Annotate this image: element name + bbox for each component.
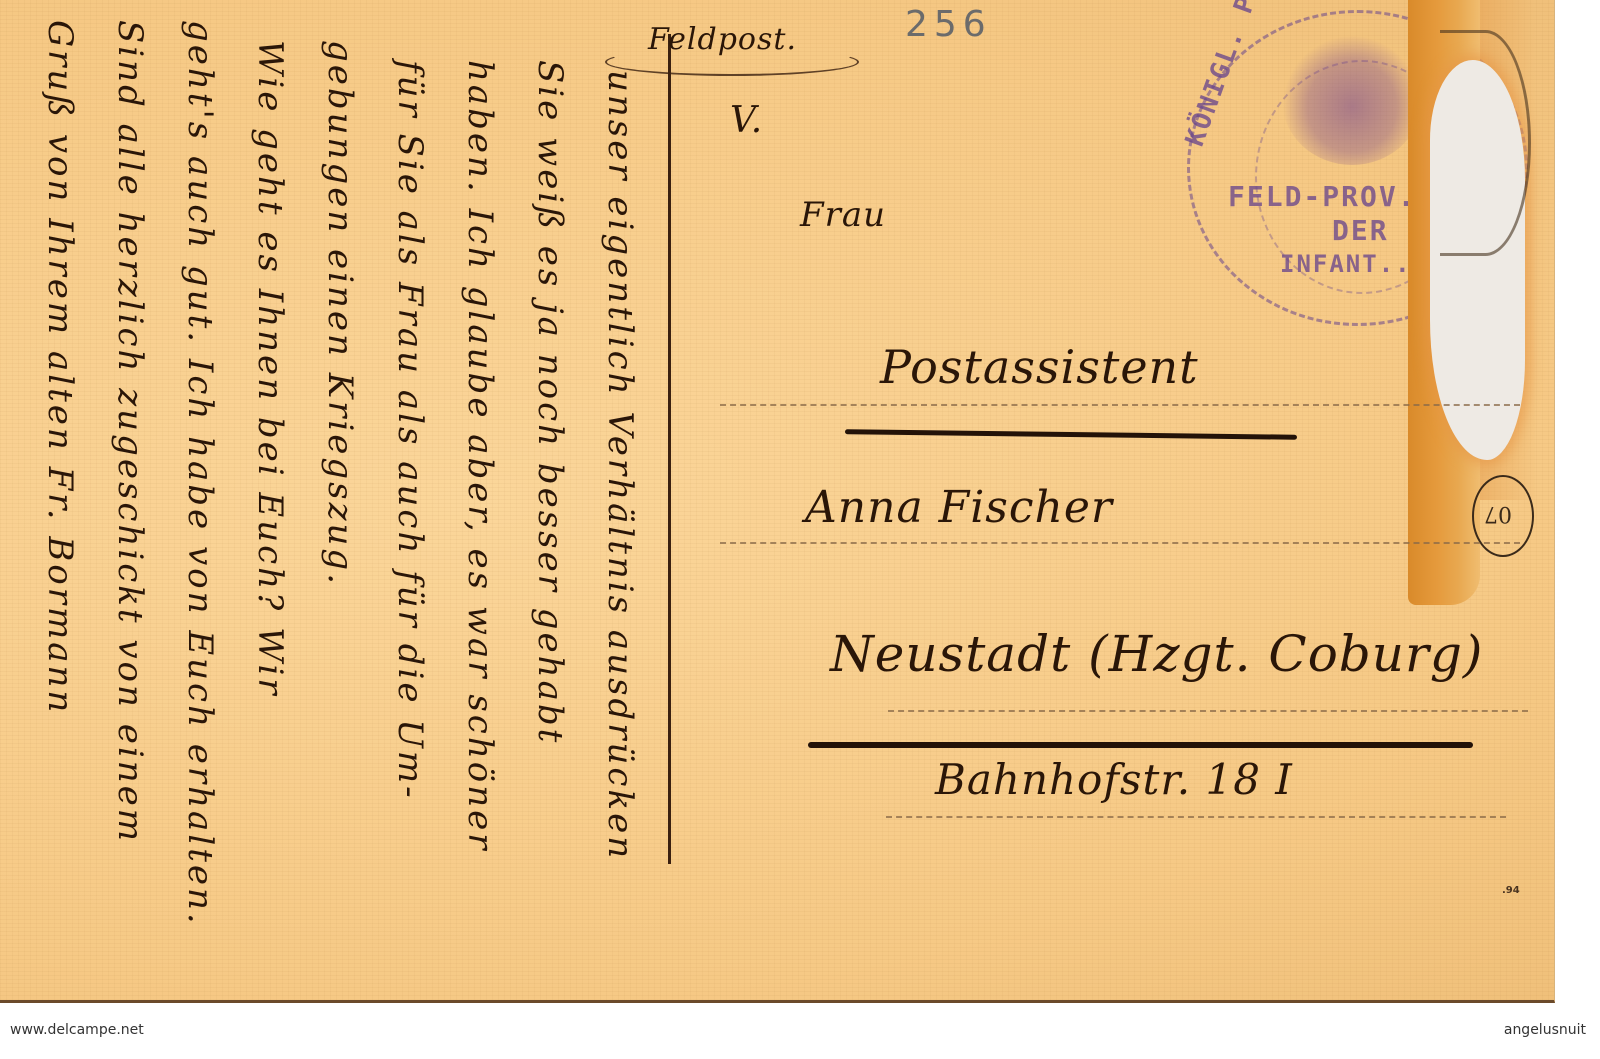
address-name: Anna Fischer bbox=[805, 482, 1113, 533]
address-underline bbox=[808, 742, 1473, 748]
address-guide-line bbox=[886, 816, 1506, 818]
postmark-line2: DER bbox=[1332, 214, 1389, 247]
salutation: Frau bbox=[800, 195, 886, 235]
site-watermark: www.delcampe.net bbox=[10, 1022, 144, 1038]
message-line: Sie weiß es ja noch besser gehabt bbox=[530, 60, 570, 745]
message-line: gebungen einen Kriegszug. bbox=[320, 40, 360, 587]
feldpost-flourish bbox=[605, 48, 859, 76]
address-city: Neustadt (Hzgt. Coburg) bbox=[830, 625, 1483, 683]
circled-number: 07 bbox=[1472, 475, 1534, 557]
message-line: geht's auch gut. Ich habe von Euch erhal… bbox=[180, 20, 220, 927]
message-line: haben. Ich glaube aber, es war schöner bbox=[460, 60, 500, 852]
message-line: Sind alle herzlich zugeschickt von einem bbox=[110, 20, 150, 844]
address-street: Bahnhofstr. 18 I bbox=[935, 755, 1293, 804]
postmark-partial-ring bbox=[1440, 30, 1531, 256]
eagle-emblem-icon bbox=[1282, 35, 1422, 165]
message-line: Gruß von Ihrem alten Fr. Bormann bbox=[40, 20, 80, 715]
pencil-number: 256 bbox=[905, 4, 992, 45]
postmark-line3: INFANT... bbox=[1280, 250, 1428, 278]
address-guide-line bbox=[888, 710, 1528, 712]
message-line: unser eigentlich Verhältnis ausdrücken bbox=[600, 70, 640, 861]
circled-number-text: 07 bbox=[1484, 501, 1512, 526]
address-guide-line bbox=[720, 404, 1520, 406]
address-underline bbox=[845, 429, 1297, 440]
seller-name: angelusnuit bbox=[1504, 1022, 1586, 1038]
message-line: für Sie als Frau als auch für die Um- bbox=[390, 60, 430, 801]
address-title: Postassistent bbox=[880, 340, 1199, 394]
postcard: unser eigentlich Verhältnis ausdrücken S… bbox=[0, 0, 1555, 1003]
roman-numeral: V. bbox=[730, 100, 763, 141]
postcard-divider bbox=[668, 34, 671, 864]
address-guide-line bbox=[720, 542, 1520, 544]
printer-mark: .94 bbox=[1502, 885, 1520, 896]
message-line: Wie geht es Ihnen bei Euch? Wir bbox=[250, 40, 290, 698]
